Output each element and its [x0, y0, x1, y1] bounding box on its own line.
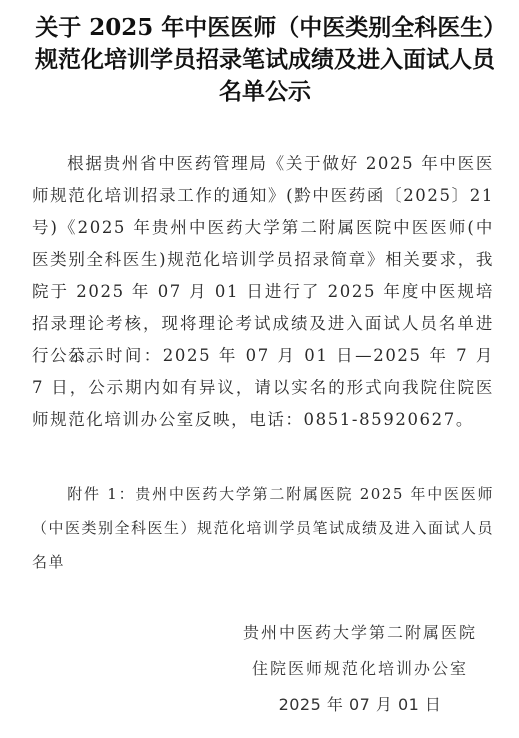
attachment-link[interactable]: 附件 1：贵州中医药大学第二附属医院 2025 年中医医师（中医类别全科医生）规… — [32, 477, 494, 579]
body-paragraph-publicity-period: 公示时间：2025 年 07 月 01 日—2025 年 7 月 7 日，公示期… — [32, 340, 494, 436]
paragraph-text: 根据贵州省中医药管理局《关于做好 2025 年中医医师规范化培训招录工作的通知》… — [32, 154, 494, 365]
document-title: 关于 2025 年中医医师（中医类别全科医生）规范化培训学员招录笔试成绩及进入面… — [30, 12, 500, 108]
signature-organization: 贵州中医药大学第二附属医院 — [240, 620, 480, 643]
paragraph-text: 公示时间：2025 年 07 月 01 日—2025 年 7 月 7 日，公示期… — [32, 346, 494, 429]
body-paragraph-basis: 根据贵州省中医药管理局《关于做好 2025 年中医医师规范化培训招录工作的通知》… — [32, 148, 494, 372]
attachment-text[interactable]: 附件 1：贵州中医药大学第二附属医院 2025 年中医医师（中医类别全科医生）规… — [32, 485, 494, 571]
signature-department: 住院医师规范化培训办公室 — [240, 656, 480, 679]
signature-date: 2025 年 07 月 01 日 — [240, 692, 480, 715]
